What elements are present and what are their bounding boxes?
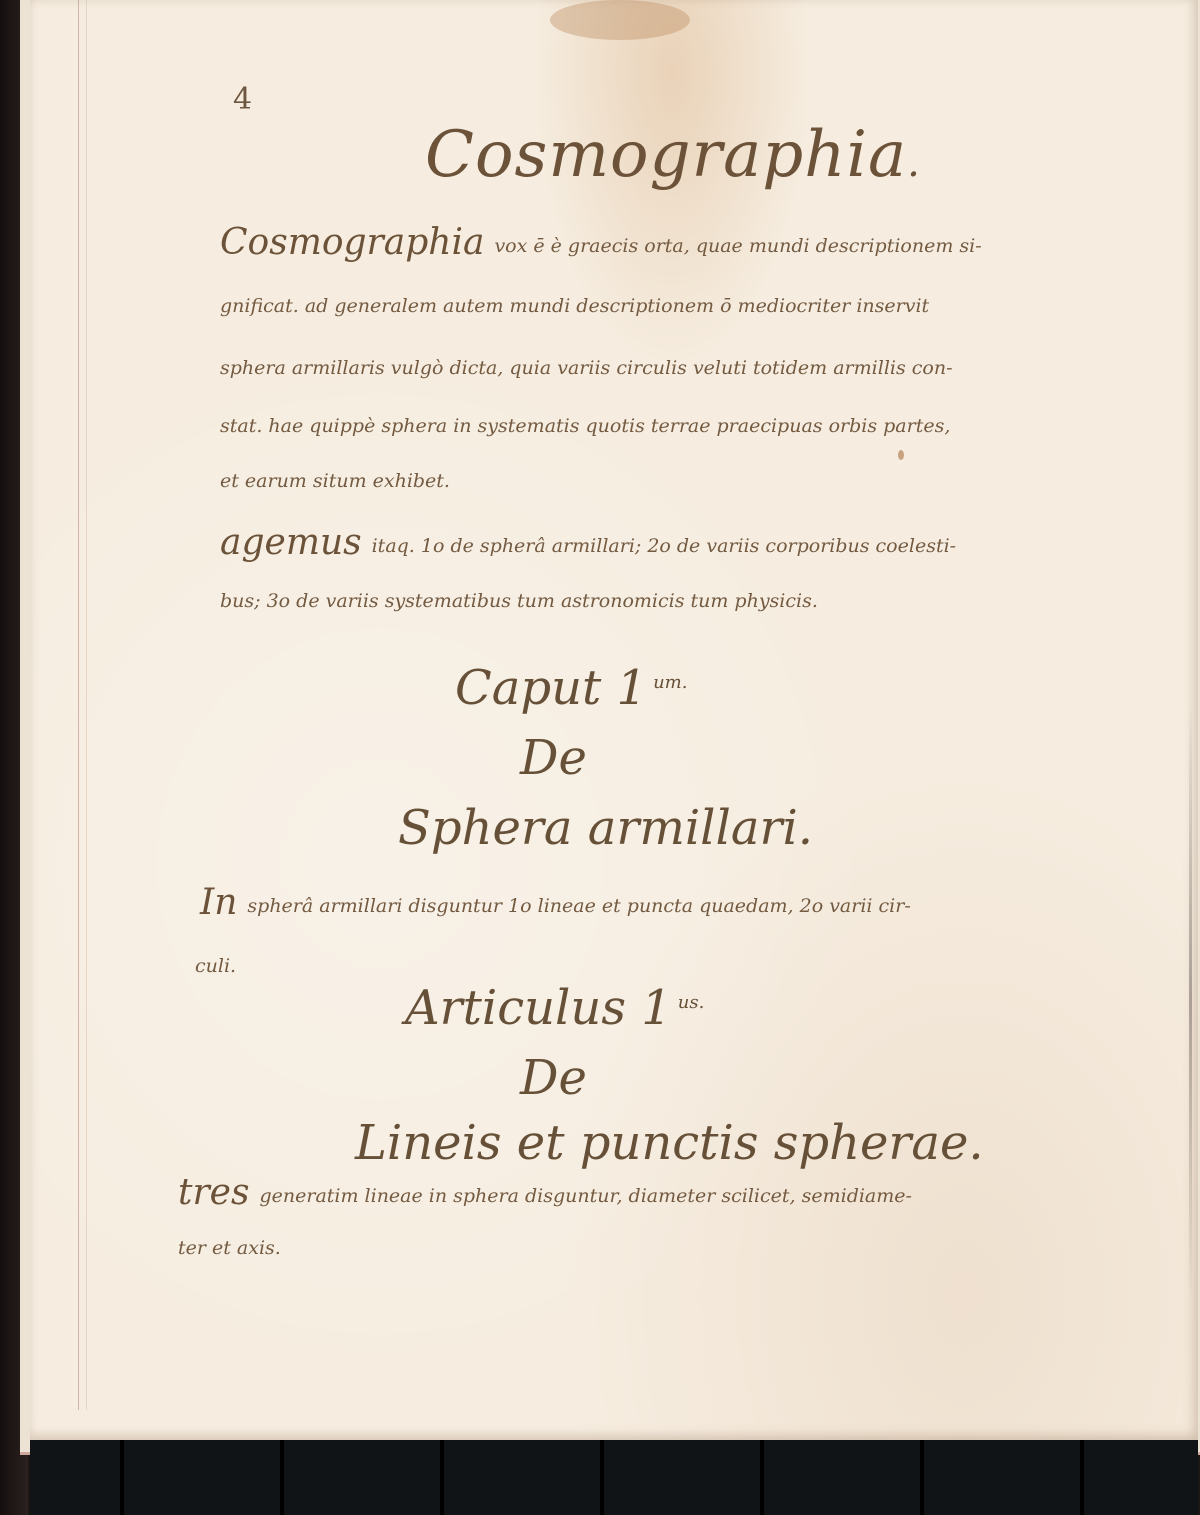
- margin-rule-inner: [86, 0, 87, 1410]
- chapter-de: De: [520, 730, 587, 786]
- article-title: Articulus 1us.: [405, 980, 704, 1036]
- chapter-title-text: Caput: [455, 660, 601, 716]
- chapter-intro-text: spherâ armillari disguntur 1o lineae et …: [247, 895, 910, 917]
- intro-line-5: et earum situm exhibet.: [220, 470, 450, 492]
- page-edge-wear: [1189, 700, 1192, 1300]
- chapter-suffix: um.: [653, 672, 687, 693]
- plan-text: itaq. 1o de spherâ armillari; 2o de vari…: [372, 535, 956, 557]
- article-title-text: Articulus: [405, 980, 626, 1036]
- chapter-number: 1: [617, 660, 648, 716]
- page-title: Cosmographia.: [425, 118, 921, 192]
- intro-text: vox ē è graecis orta, quae mundi descrip…: [494, 235, 981, 257]
- chapter-title: Caput 1um.: [455, 660, 687, 716]
- intro-line-1: Cosmographiavox ē è graecis orta, quae m…: [220, 222, 982, 263]
- article-suffix: us.: [678, 992, 705, 1013]
- title-text: Cosmographia: [425, 118, 907, 192]
- margin-rule: [78, 0, 79, 1410]
- water-stain: [550, 0, 690, 40]
- intro-line-3: sphera armillaris vulgò dicta, quia vari…: [220, 357, 953, 379]
- scan-bed-background: [30, 1440, 1198, 1515]
- manuscript-page: [30, 0, 1198, 1440]
- article-intro-line-2: ter et axis.: [178, 1237, 281, 1259]
- page-number: 4: [233, 82, 252, 117]
- chapter-intro-line-2: culi.: [195, 955, 236, 977]
- plan-lead-word: agemus: [220, 522, 362, 563]
- plan-line-2: bus; 3o de variis systematibus tum astro…: [220, 590, 818, 612]
- chapter-subject: Sphera armillari.: [398, 800, 813, 856]
- chapter-intro-line-1: Inspherâ armillari disguntur 1o lineae e…: [200, 882, 911, 923]
- article-intro-lead-word: tres: [178, 1172, 249, 1213]
- article-intro-text: generatim lineae in sphera disguntur, di…: [259, 1185, 911, 1207]
- article-number: 1: [641, 980, 672, 1036]
- article-subject: Lineis et punctis spherae.: [355, 1115, 984, 1171]
- chapter-intro-lead-word: In: [200, 882, 237, 923]
- intro-lead-word: Cosmographia: [220, 222, 484, 263]
- intro-line-4: stat. hae quippè sphera in systematis qu…: [220, 415, 950, 437]
- plan-line-1: agemusitaq. 1o de spherâ armillari; 2o d…: [220, 522, 956, 563]
- article-intro-line-1: tresgeneratim lineae in sphera disguntur…: [178, 1172, 912, 1213]
- article-de: De: [520, 1050, 587, 1106]
- ink-spot: [898, 450, 904, 460]
- intro-line-2: gnificat. ad generalem autem mundi descr…: [220, 295, 929, 317]
